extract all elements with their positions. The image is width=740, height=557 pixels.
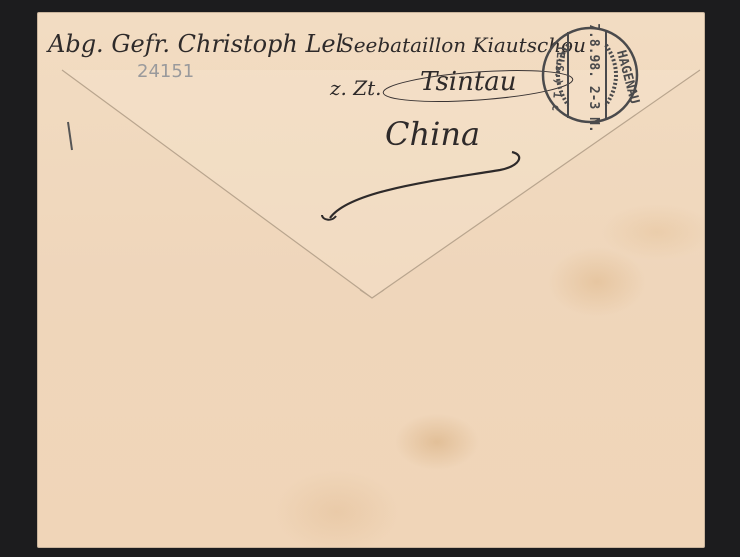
pencil-note: 24151: [137, 61, 194, 82]
address-line-1: Abg. Gefr. Christoph Lel: [46, 30, 343, 58]
postmark-date: 7.8.98. 2-3 N.: [586, 23, 601, 133]
address-line-3: z. Zt.: [329, 76, 382, 100]
ink-mark: [68, 122, 72, 150]
address-line-4: Tsintau: [420, 67, 517, 97]
envelope-flap: [62, 70, 700, 298]
address-line-5: China: [385, 115, 480, 153]
envelope-markings: Abg. Gefr. Christoph Lel Seebataillon Ki…: [0, 0, 740, 557]
